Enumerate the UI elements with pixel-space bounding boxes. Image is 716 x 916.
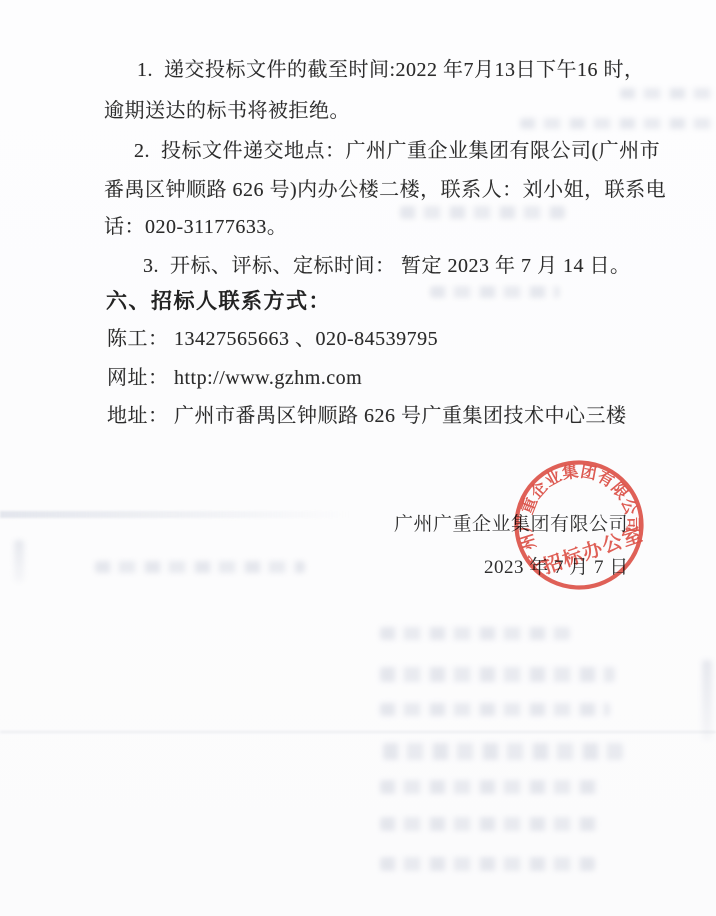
fold-line-artifact — [0, 731, 716, 733]
document-line-website: 网址： http://www.gzhm.com — [107, 361, 362, 390]
document-line-phone: 话：020-31177633。 — [104, 210, 287, 239]
bleed-artifact — [380, 780, 600, 794]
document-line-address-cont: 番禺区钟顺路 626 号)内办公楼二楼，联系人：刘小姐，联系电 — [104, 173, 666, 202]
document-line-opening-time: 3. 开标、评标、定标时间： 暂定 2023 年 7 月 14 日。 — [143, 249, 631, 278]
bleed-artifact — [620, 88, 716, 99]
bleed-artifact — [380, 703, 610, 716]
bleed-artifact — [95, 561, 305, 573]
document-line-deadline: 1. 递交投标文件的截至时间:2022 年7月13日下午16 时， — [137, 53, 645, 82]
company-seal: 广州广重企业集团有限公司 招标办公室 — [494, 440, 664, 610]
document-line-deadline-cont: 逾期送达的标书将被拒绝。 — [104, 94, 350, 123]
bleed-artifact — [14, 540, 24, 582]
bleed-artifact — [383, 743, 623, 760]
scanned-document-page: 1. 递交投标文件的截至时间:2022 年7月13日下午16 时， 逾期送达的标… — [0, 0, 716, 916]
seal-office-text: 招标办公室 — [540, 522, 647, 578]
bleed-artifact — [380, 667, 615, 682]
bleed-artifact — [430, 286, 560, 298]
document-line-address-item: 2. 投标文件递交地点：广州广重企业集团有限公司(广州市 — [134, 134, 660, 163]
bleed-artifact — [380, 627, 570, 640]
document-line-contact-person: 陈工： 13427565663 、020-84539795 — [107, 322, 438, 351]
bleed-artifact — [380, 857, 595, 871]
document-line-company-address: 地址： 广州市番禺区钟顺路 626 号广重集团技术中心三楼 — [107, 399, 627, 428]
bleed-artifact — [380, 817, 600, 831]
bleed-artifact — [520, 118, 716, 129]
section-heading-contact: 六、招标人联系方式： — [106, 285, 331, 315]
bleed-artifact — [702, 660, 712, 740]
scan-band-artifact — [0, 511, 412, 518]
bleed-artifact — [400, 206, 565, 219]
